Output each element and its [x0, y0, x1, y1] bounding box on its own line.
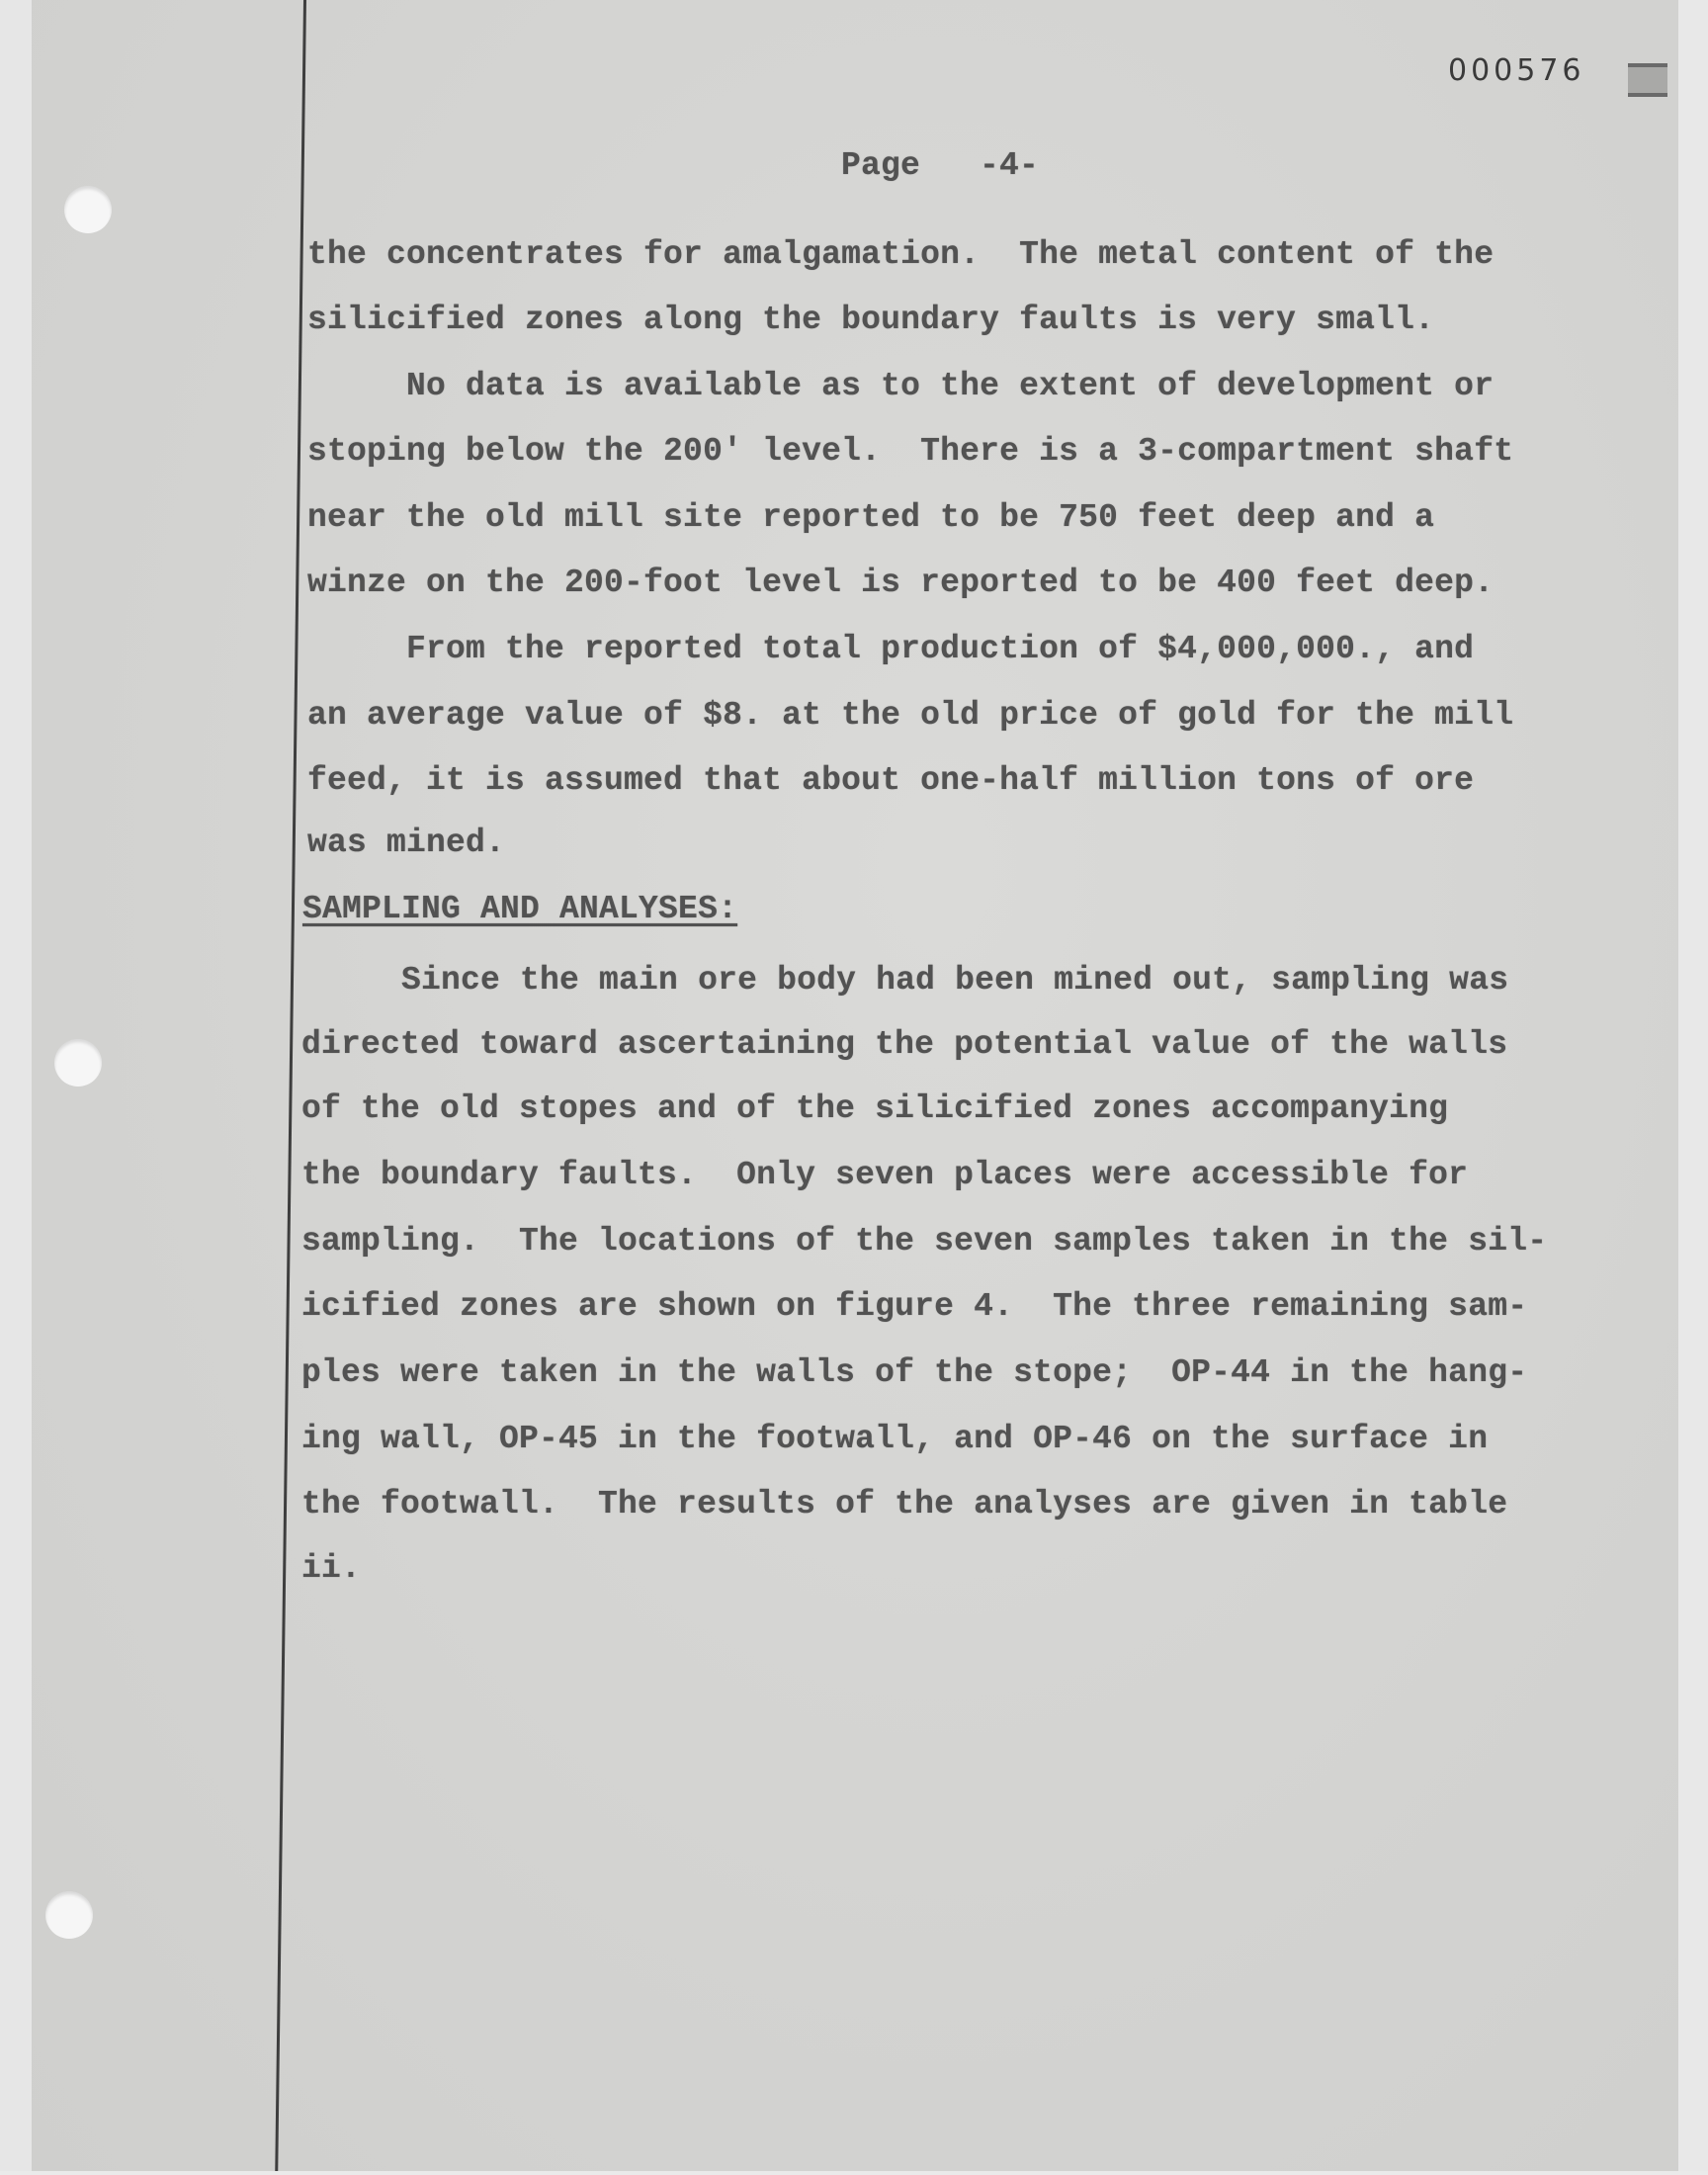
body-line: the concentrates for amalgamation. The m… — [307, 235, 1494, 275]
section-line: icified zones are shown on figure 4. The… — [301, 1287, 1527, 1327]
section-line: of the old stopes and of the silicified … — [301, 1089, 1448, 1129]
section-heading: SAMPLING AND ANALYSES: — [302, 890, 737, 929]
scan-right-margin — [1678, 0, 1708, 2175]
body-line: was mined. — [307, 824, 505, 863]
body-line: feed, it is assumed that about one-half … — [307, 761, 1474, 801]
section-line: Since the main ore body had been mined o… — [302, 961, 1508, 1000]
scan-bottom-margin — [0, 2171, 1708, 2175]
page-header: Page -4- — [841, 146, 1039, 186]
binder-hole-bottom-icon — [45, 1891, 93, 1939]
section-line: ii. — [301, 1549, 361, 1589]
binder-hole-top-icon — [64, 186, 112, 233]
body-line: an average value of $8. at the old price… — [307, 696, 1513, 736]
body-line: No data is available as to the extent of… — [307, 367, 1494, 406]
section-line: ples were taken in the walls of the stop… — [301, 1353, 1527, 1393]
section-line: ing wall, OP-45 in the footwall, and OP-… — [301, 1420, 1488, 1459]
section-line: the boundary faults. Only seven places w… — [301, 1156, 1468, 1195]
document-stamp-number: 000576 — [1448, 53, 1585, 88]
stamp-smudge-icon — [1628, 63, 1667, 97]
body-line: winze on the 200-foot level is reported … — [307, 564, 1494, 603]
body-line: near the old mill site reported to be 75… — [307, 498, 1434, 538]
body-line: From the reported total production of $4… — [307, 630, 1474, 669]
section-line: sampling. The locations of the seven sam… — [301, 1222, 1547, 1261]
body-line: silicified zones along the boundary faul… — [307, 301, 1434, 340]
binder-hole-middle-icon — [54, 1039, 102, 1087]
section-line: the footwall. The results of the analyse… — [301, 1485, 1507, 1524]
body-line: stoping below the 200' level. There is a… — [307, 432, 1513, 472]
section-line: directed toward ascertaining the potenti… — [301, 1025, 1507, 1065]
scan-left-margin — [0, 0, 32, 2175]
